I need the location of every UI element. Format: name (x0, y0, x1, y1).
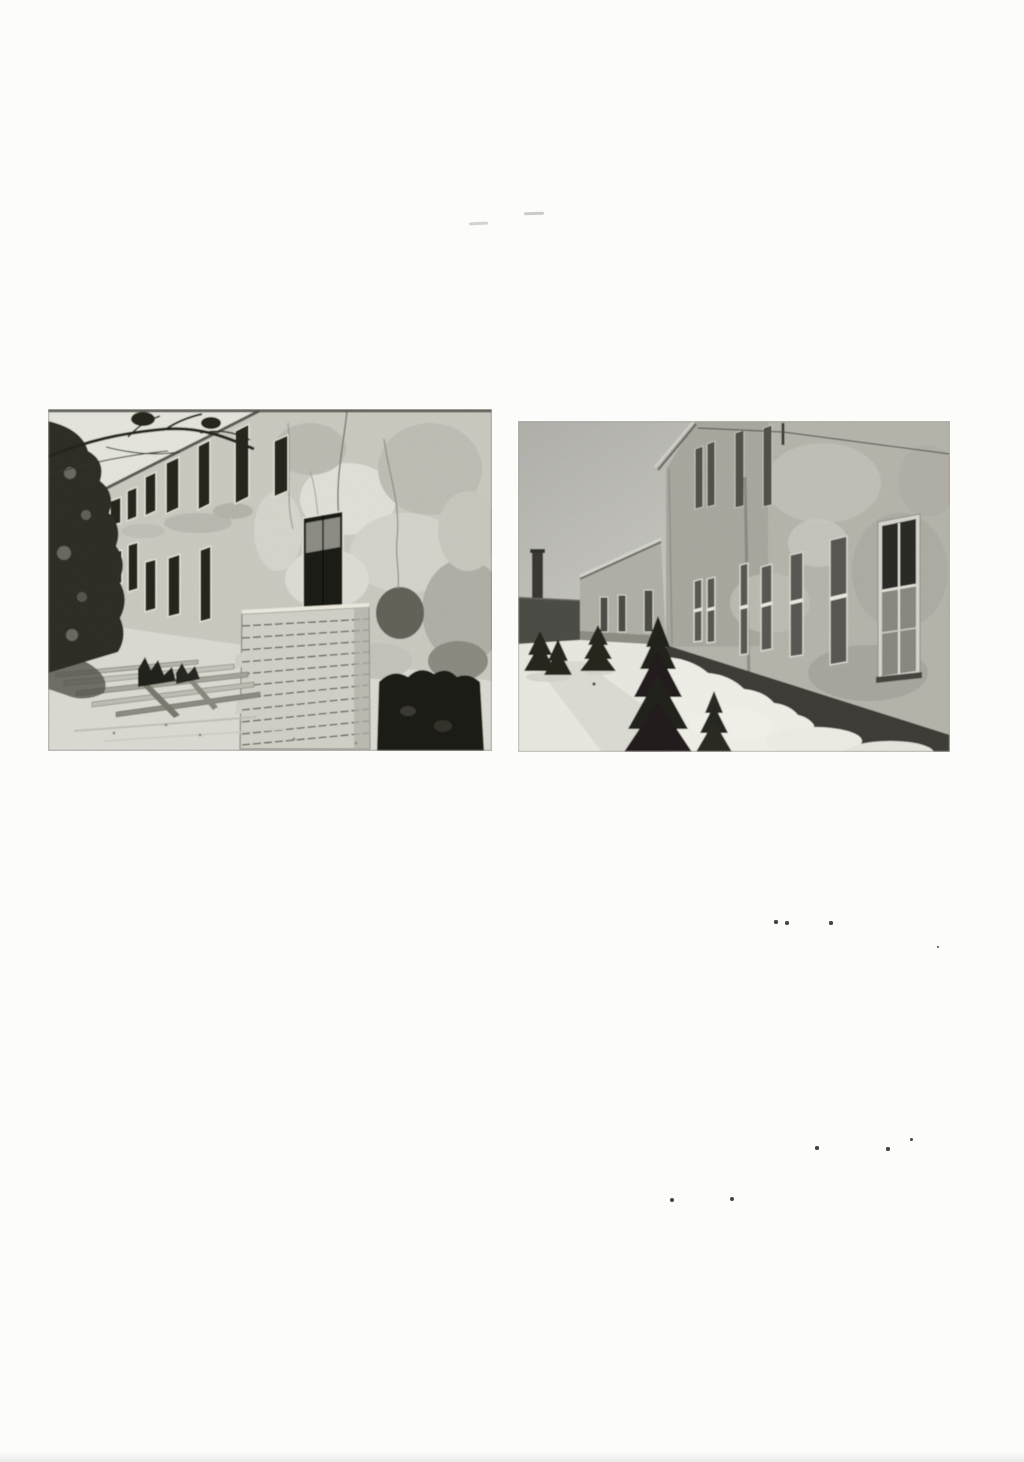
ink-speck (937, 946, 940, 949)
scanned-page (0, 0, 1024, 1462)
left-photo-illustration (48, 409, 492, 751)
ink-speck (829, 921, 832, 924)
ink-speck (815, 1146, 818, 1149)
ink-speck (774, 920, 777, 923)
ink-speck (785, 921, 789, 925)
right-photo-illustration (518, 421, 950, 752)
pencil-dash (524, 212, 544, 216)
ink-speck (886, 1147, 889, 1150)
photo-left (48, 409, 492, 751)
page-bottom-scan-edge (0, 1452, 1024, 1462)
photo-right (518, 421, 950, 752)
pencil-dash (469, 222, 488, 226)
ink-speck (670, 1198, 674, 1202)
ink-speck (730, 1197, 734, 1201)
ink-speck (910, 1138, 913, 1141)
